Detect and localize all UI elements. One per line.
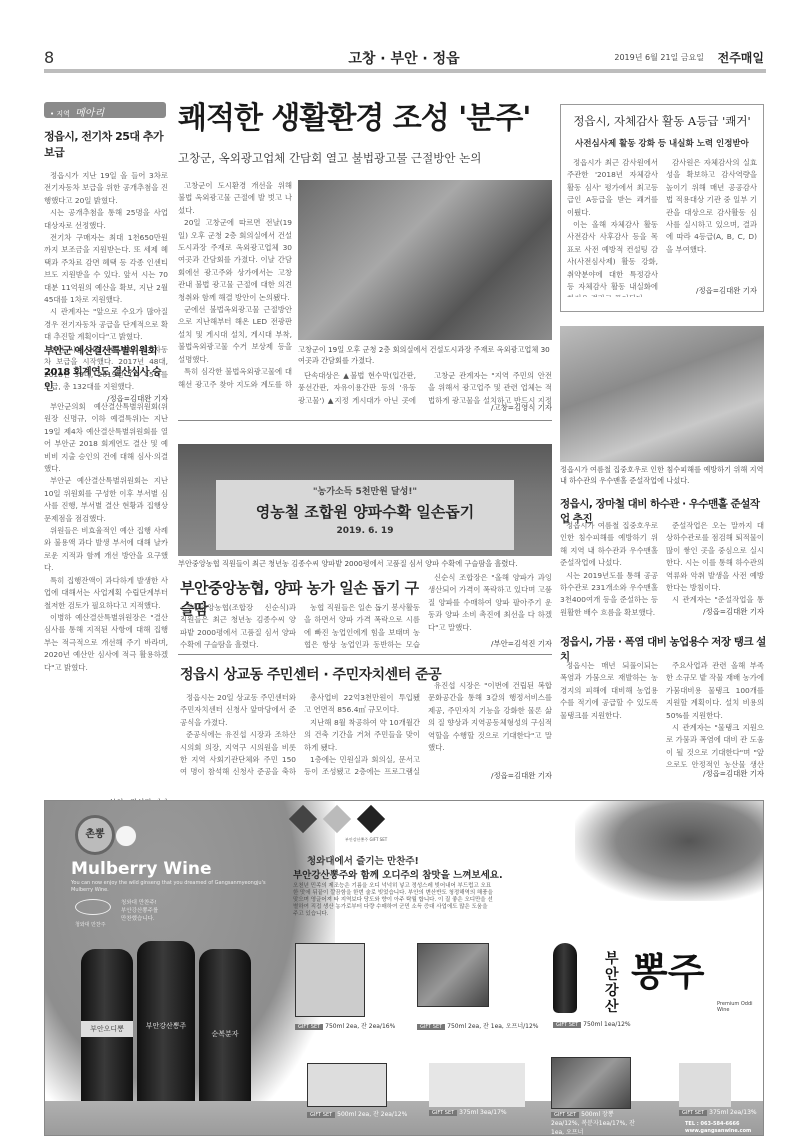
center-body-col2: 총사업비 22억3천만원이 투입됐고 연면적 856.4㎡ 규모이다. 지난해 … <box>304 692 420 780</box>
gift-set-1-label: GIFT SET750ml 2ea, 잔 2ea/16% <box>295 1021 395 1030</box>
photo-caption: 고창군이 19일 오후 군청 2층 회의실에서 건설도시과장 주재로 옥외광고업… <box>298 344 552 366</box>
wine-advertisement[interactable]: 촌뽕 Mulberry Wine You can now enjoy the w… <box>44 800 764 1136</box>
sewer-body-col1: 정읍시가 여름철 집중호우로 인한 침수피해를 예방하기 위해 지역 내 하수관… <box>560 520 658 618</box>
giftset-diamond-icon <box>357 805 385 833</box>
ad-title-en: Mulberry Wine <box>71 859 212 879</box>
article-main: 쾌적한 생활환경 조성 '분주' 고창군, 옥외광고업체 간담회 열고 불법광고… <box>178 100 552 166</box>
ad-bottom-band <box>45 1101 764 1136</box>
tank-body-col2: 주요사업과 관련 올해 부족한 소규모 밭 작물 재배 농가에 가뭄대비용 물탱… <box>666 660 764 768</box>
ad-calligraphy-main: 뽕주 <box>631 941 704 996</box>
mulberry-fruit-image <box>575 801 764 901</box>
gift-set-3-label: GIFT SET750ml 1ea/12% <box>553 1021 631 1028</box>
section-divider <box>178 654 552 655</box>
gift-set-3[interactable] <box>553 943 577 1013</box>
onion-body-col1: 부안중앙농협(조합장 신순식)과 직원들은 최근 청년농 김종수씨 양파밭 20… <box>180 602 296 650</box>
article-audit: 정읍시, 자체감사 활동 A등급 '쾌거' 사전심사제 활동 강화 등 내실화 … <box>560 104 764 312</box>
main-body-col1: 고창군이 도시환경 개선을 위해 불법 옥외광고물 근절에 발 벗고 나섰다. … <box>178 180 292 392</box>
article-title-line1: 부안군 예산결산특별위원회 <box>44 342 168 357</box>
byline: /정읍=김대완 기자 <box>666 606 764 617</box>
tank-body-col1: 정읍시는 매년 되풀이되는 폭염과 가뭄으로 재발하는 농경지의 피해에 대비해… <box>560 660 658 780</box>
ad-website[interactable]: www.gangsanwine.com <box>685 1128 751 1134</box>
article-title: 정읍시, 자체감사 활동 A등급 '쾌거' <box>567 113 757 129</box>
main-subheadline: 고창군, 옥외광고업체 간담회 열고 불법광고물 근절방안 논의 <box>178 150 552 166</box>
article-title: 정읍시, 전기차 25대 추가 보급 <box>44 128 168 160</box>
bottle-bokbunja: 순복분자 <box>199 949 251 1109</box>
gift-set-6[interactable] <box>551 1057 631 1109</box>
ad-headline-2: 부안강산뽕주와 함께 오디주의 참맛을 느껴보세요. <box>293 867 503 881</box>
column-label: • 지역 메아리 <box>44 102 166 118</box>
onion-harvest-photo: "농가소득 5천만원 달성!" 영농철 조합원 양파수확 일손돕기 2019. … <box>178 444 552 556</box>
photo-caption: 정읍시가 여름철 집중호우로 인한 침수피해를 예방하기 위해 지역 내 하수관… <box>560 464 764 486</box>
gift-set-2[interactable] <box>417 943 489 1007</box>
premium-label: Premium Oddi Wine <box>717 1001 753 1013</box>
onion-body-col2: 농협 직원들은 일손 돕기 봉사활동을 하면서 양파 가격 폭락으로 시름에 빠… <box>304 602 420 650</box>
issue-date: 2019년 6월 21일 금요일 <box>614 52 704 63</box>
bottle-oddi: 부안오디뽕 <box>81 949 133 1109</box>
bluehouse-caption: 청와대 만찬주 <box>75 921 106 928</box>
article-body: 부안군의회 예산결산특별위원회(위원장 신명규, 이하 예결특위)는 지난 19… <box>44 401 168 797</box>
ad-body: 오천년 민족의 제조능은 기름을 오디 넉넉히 넣고 정성스레 빚어내어 부드럽… <box>293 883 493 918</box>
newspaper-name: 전주매일 <box>718 49 764 66</box>
ad-calligraphy-side: 부안강산 <box>605 951 625 1015</box>
gift-set-7-label: GIFT SET375ml 2ea/13% <box>679 1109 757 1116</box>
main-headline: 쾌적한 생활환경 조성 '분주' <box>178 100 552 138</box>
byline: /고창=김영식 기자 <box>428 402 552 413</box>
main-body-col3: 고창군 관계자는 "지역 주민의 안전을 위해서 광고업주 및 관련 업체는 적… <box>428 370 552 404</box>
giftset-diamond-label: 부안강산뽕주 GIFT SET <box>345 837 387 843</box>
mascot-icon <box>115 825 137 847</box>
byline: /정읍=김대완 기자 <box>666 768 764 779</box>
onion-body-col3: 신순식 조합장은 "올해 양파가 과잉 생산되어 가격이 폭락하고 있다며 고품… <box>428 572 552 638</box>
gift-set-1[interactable] <box>295 943 365 1017</box>
ad-headline-1: 청와대에서 즐기는 만찬주! <box>307 853 419 867</box>
gift-set-7[interactable] <box>679 1063 731 1107</box>
page-header: 8 고창 · 부안 · 정읍 2019년 6월 21일 금요일 전주매일 <box>44 48 764 70</box>
sewer-work-photo <box>560 326 764 462</box>
gift-set-4[interactable] <box>307 1063 387 1107</box>
ad-subtitle-en: You can now enjoy the wild ginseng that … <box>71 880 271 894</box>
gift-set-4-label: GIFT SET500ml 2ea, 잔 2ea/12% <box>307 1109 407 1118</box>
bullet-icon: • <box>50 110 54 118</box>
gift-set-6-label: GIFT SET500ml 장뽕2ea/12%, 복분자1ea/17%, 잔 1… <box>551 1109 641 1136</box>
audit-body-col1: 정읍시가 최근 감사원에서 주관한 '2018년 자체감사 활동 심사' 평가에… <box>567 157 658 297</box>
gift-set-5[interactable] <box>429 1063 525 1107</box>
article-subtitle: 사전심사제 활동 강화 등 내실화 노력 인정받아 <box>567 137 757 149</box>
center-body-col3: 유진섭 시장은 "이번에 건립된 복합 문화공간을 통해 3갈의 행정서비스를 … <box>428 680 552 770</box>
gift-set-2-label: GIFT SET750ml 2ea, 잔 1ea, 오프너/12% <box>417 1021 539 1030</box>
photo-banner: "농가소득 5천만원 달성!" 영농철 조합원 양파수확 일손돕기 2019. … <box>216 480 514 550</box>
bluehouse-text: 청와대 만찬주! 부안강산뽕주를 만찬했습니다. <box>121 899 158 923</box>
photo-caption: 부안중앙농협 직원들이 최근 청년농 김종수씨 양파밭 2000평에서 고품질 … <box>178 558 552 569</box>
brand-badge-icon: 촌뽕 <box>75 815 115 855</box>
bluehouse-emblem-icon <box>75 899 111 915</box>
byline: /부안=김석진 기자 <box>428 638 552 649</box>
gift-set-5-label: GIFT SET375ml 3ea/17% <box>429 1109 507 1116</box>
article-title-line2: 2018 회계연도 결산심사 승인 <box>44 363 168 393</box>
center-body-col1: 정읍시는 20일 상교동 주민센터와 주민자치센터 신청사 앞마당에서 준공식을… <box>180 692 296 780</box>
article-budget: 부안군 예산결산특별위원회 2018 회계연도 결산심사 승인 부안군의회 예산… <box>44 342 168 808</box>
sewer-body-col2: 준설작업은 오는 말까지 대상하수관로를 점검해 퇴적물이 많이 쌓인 곳을 중… <box>666 520 764 606</box>
byline: /정읍=김대완 기자 <box>428 770 552 781</box>
byline: /정읍=김대완 기자 <box>666 285 757 296</box>
main-body-col2: 단속대상은 ▲불법 현수막(입간판, 풍선간판, 자유이용간판 등의 '유동광고… <box>298 370 416 404</box>
bottle-gangsan: 부안강산뽕주 <box>137 941 195 1109</box>
audit-body-col2: 감사원은 자체감사의 실효성을 확보하고 감사역량을 높이기 위해 매년 공공감… <box>666 157 757 285</box>
meeting-photo <box>298 180 552 340</box>
header-rule <box>44 69 766 73</box>
section-divider <box>178 420 552 421</box>
ad-tel: TEL : 063-584-6666 <box>685 1121 739 1127</box>
